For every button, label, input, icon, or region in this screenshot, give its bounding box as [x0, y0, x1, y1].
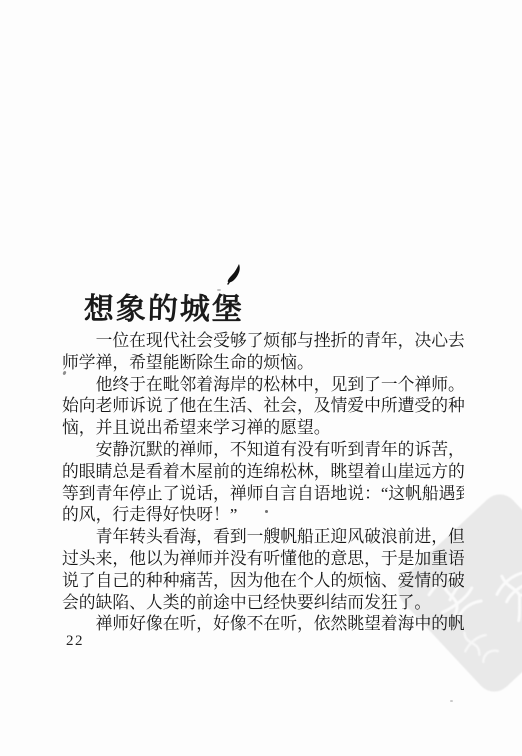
text-line: 等到青年停止了说话，禅师自言自语地说：“这帆船遇到满帆 — [62, 483, 464, 505]
text-line: 青年转头看海，看到一艘帆船正迎风破浪前进，但随即回 — [62, 526, 464, 548]
text-line: 一位在现代社会受够了烦郁与挫折的青年，决心去找老 — [62, 330, 464, 352]
text-line: 的风，行走得好快呀！” — [62, 504, 464, 526]
text-line: 恼，并且说出希望来学习禅的愿望。 — [62, 417, 464, 439]
book-page: PDG 想象的城堡 一位在现代社会受够了烦郁与挫折的青年，决心去找老 师学禅，希… — [0, 0, 522, 756]
text-line: 会的缺陷、人类的前途中已经快要纠结而发狂了。 — [62, 592, 464, 614]
text-line: 过头来，他以为禅师并没有听懂他的意思，于是加重语气地诉 — [62, 548, 464, 570]
text-line: 师学禅，希望能断除生命的烦恼。 — [62, 352, 464, 374]
body-text: 一位在现代社会受够了烦郁与挫折的青年，决心去找老 师学禅，希望能断除生命的烦恼。… — [62, 330, 464, 635]
text-line: 安静沉默的禅师，不知道有没有听到青年的诉苦，因为他 — [62, 439, 464, 461]
text-line: 始向老师诉说了他在生活、社会，及情爱中所遭受的种种烦 — [62, 395, 464, 417]
text-line: 禅师好像在听，好像不在听，依然眺望着海中的帆船，自 — [62, 613, 464, 635]
scan-speck — [217, 289, 221, 291]
text-line: 他终于在毗邻着海岸的松林中，见到了一个禅师。青年开 — [62, 374, 464, 396]
scan-speck — [450, 700, 453, 702]
text-line: 说了自己的种种痛苦，因为他在个人的烦恼、爱情的破灭、社 — [62, 570, 464, 592]
text-line: 的眼睛总是看着木屋前的连绵松林，眺望着山崖远方的大海， — [62, 461, 464, 483]
ink-brush-mark-icon — [226, 263, 242, 285]
scan-speck — [265, 510, 268, 513]
watermark-seal-glyph — [480, 556, 522, 629]
page-number: 22 — [66, 633, 84, 650]
